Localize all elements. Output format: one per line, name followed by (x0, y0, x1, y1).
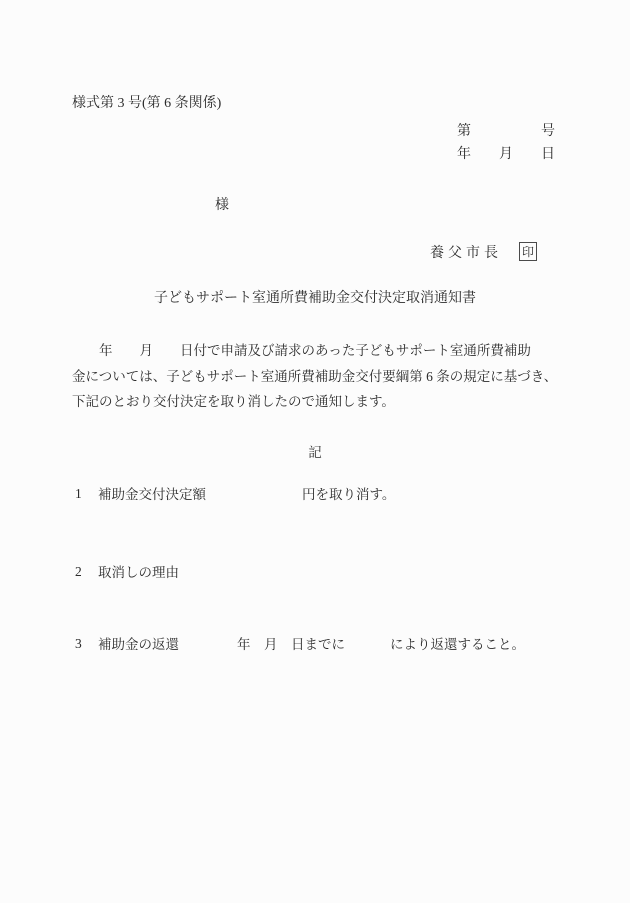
body-line-3: 下記のとおり交付決定を取り消したので通知します。 (72, 393, 395, 410)
seal-character: 印 (522, 243, 534, 260)
seal-placeholder: 印 (519, 242, 537, 261)
item-3-number: 3 (75, 636, 82, 652)
item-3-method-part: により返還すること。 (390, 636, 525, 653)
document-page: 様式第 3 号(第 6 条関係) 第 号 年 月 日 様 養父市長 印 子どもサ… (0, 0, 630, 903)
item-3-label: 補助金の返還 (98, 636, 179, 653)
issuer-name: 養父市長 (430, 245, 502, 262)
body-line-2: 金については、子どもサポート室通所費補助金交付要綱第 6 条の規定に基づき、 (72, 368, 557, 385)
item-3-date-part: 年 月 日までに (237, 636, 345, 653)
addressee-honorific: 様 (215, 197, 229, 214)
issue-date-line: 年 月 日 (457, 146, 555, 163)
record-marker: 記 (0, 444, 630, 461)
item-1-suffix: 円を取り消す。 (302, 486, 395, 503)
item-1-number: 1 (75, 486, 82, 502)
document-number-line: 第 号 (457, 123, 555, 140)
item-2-label: 取消しの理由 (98, 564, 179, 581)
item-2-number: 2 (75, 564, 82, 580)
document-title: 子どもサポート室通所費補助金交付決定取消通知書 (0, 290, 630, 307)
item-1-label: 補助金交付決定額 (98, 486, 206, 503)
body-line-1: 年 月 日付で申請及び請求のあった子どもサポート室通所費補助 (72, 342, 531, 359)
form-number: 様式第 3 号(第 6 条関係) (72, 95, 221, 112)
